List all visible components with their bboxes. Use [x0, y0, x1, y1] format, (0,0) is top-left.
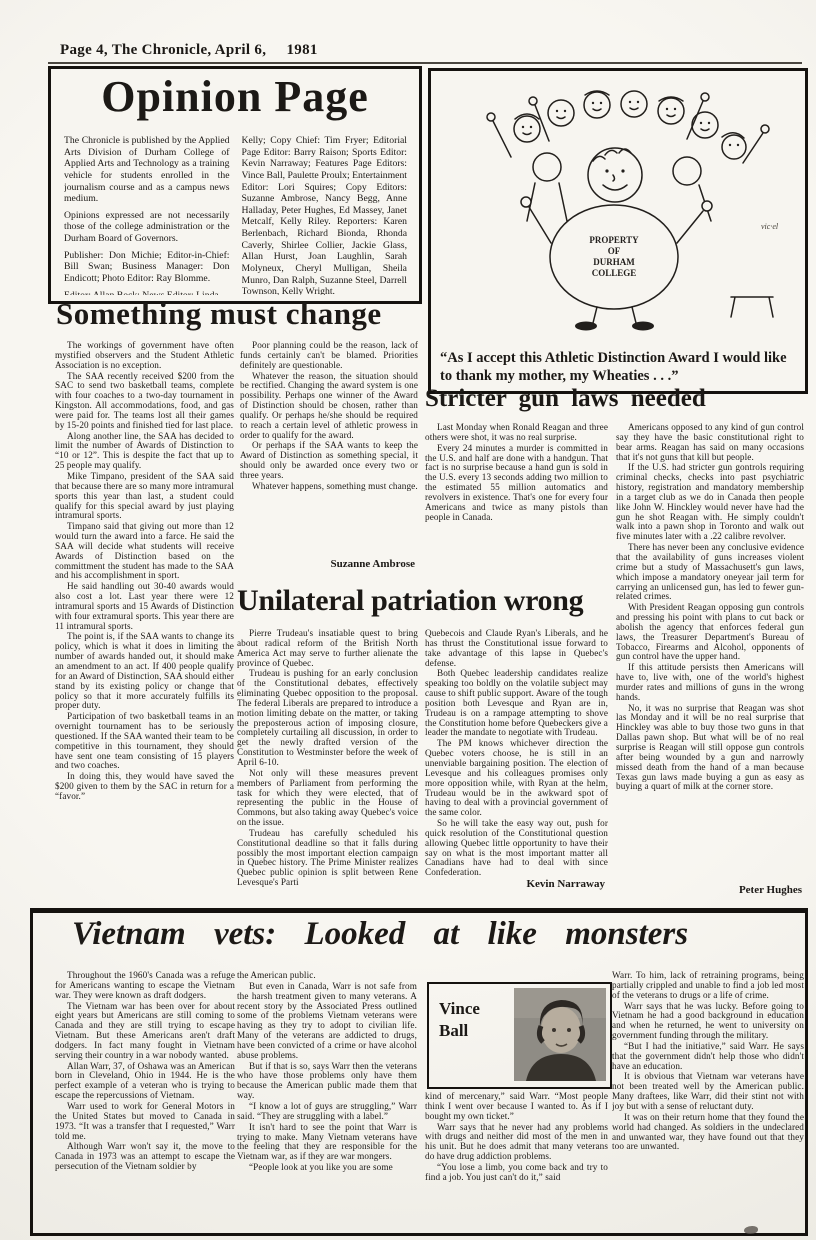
something-article-column-2: Poor planning could be the reason, lack …: [240, 341, 418, 553]
newspaper-page: Page 4, The Chronicle, April 6, 1981 Opi…: [0, 0, 816, 1240]
article-paragraph: Whatever the reason, the situation shoul…: [240, 372, 418, 441]
vietnam-article-column-1: Throughout the 1960's Canada was a refug…: [55, 971, 235, 1221]
article-paragraph: Warr used to work for General Motors in …: [55, 1102, 235, 1141]
article-paragraph: If this attitude persists then Americans…: [616, 663, 804, 702]
article-paragraph: “You lose a limb, you come back and try …: [425, 1163, 608, 1183]
article-paragraph: “People look at you like you are some: [237, 1163, 417, 1173]
vince-ball-name: Vince Ball: [429, 984, 501, 1087]
vietnam-article-column-4: Warr. To him, lack of retraining program…: [612, 971, 804, 1221]
article-paragraph: Participation of two basketball teams in…: [55, 712, 234, 771]
article-paragraph: Mike Timpano, president of the SAA said …: [55, 472, 234, 521]
article-paragraph: the American public.: [237, 971, 417, 981]
byline-suzanne-ambrose: Suzanne Ambrose: [240, 558, 415, 570]
article-paragraph: There has never been any conclusive evid…: [616, 543, 804, 602]
article-paragraph: The point is, if the SAA wants to change…: [55, 632, 234, 711]
opinion-masthead-box: Opinion Page The Chronicle is published …: [48, 66, 422, 304]
article-paragraph: Both Quebec leadership candidates realiz…: [425, 669, 608, 738]
vietnam-article-column-3: kind of mercenary,” said Warr. “Most peo…: [425, 1092, 608, 1219]
article-paragraph: kind of mercenary,” said Warr. “Most peo…: [425, 1092, 608, 1122]
article-paragraph: Trudeau has carefully scheduled his Cons…: [237, 829, 418, 888]
gun-article-column-2: Americans opposed to any kind of gun con…: [616, 423, 804, 879]
article-paragraph: With President Reagan opposing gun contr…: [616, 603, 804, 662]
headline-stricter-gun-laws: Stricter gun laws needed: [425, 385, 807, 413]
article-paragraph: “But I had the initiative,” said Warr. H…: [612, 1042, 804, 1072]
article-paragraph: The Chronicle is published by the Applie…: [64, 135, 230, 205]
article-paragraph: Editor: Allan Bock: News Editor: Linda: [64, 290, 230, 295]
article-paragraph: It was on their return home that they fo…: [612, 1113, 804, 1152]
article-paragraph: Publisher: Don Michie; Editor-in-Chief: …: [64, 250, 230, 285]
byline-kevin-narraway: Kevin Narraway: [425, 878, 605, 890]
athletic-award-cartoon-illustration: PROPERTY OF DURHAM COLLEGE vic·el: [431, 71, 799, 333]
article-paragraph: He said handling out 30-40 awards would …: [55, 582, 234, 631]
headline-something-must-change: Something must change: [56, 296, 420, 332]
article-paragraph: But even in Canada, Warr is not safe fro…: [237, 982, 417, 1061]
opinion-page-title: Opinion Page: [51, 71, 419, 122]
article-paragraph: The Vietnam war has been over for about …: [55, 1002, 235, 1061]
article-paragraph: The workings of government have often my…: [55, 341, 234, 371]
article-paragraph: Timpano said that giving out more than 1…: [55, 522, 234, 581]
cartoon-shirt-line: COLLEGE: [592, 268, 637, 278]
page-header: Page 4, The Chronicle, April 6, 1981: [60, 42, 318, 59]
gun-article-column-1: Last Monday when Ronald Reagan and three…: [425, 423, 608, 581]
cartoon-signature: vic·el: [761, 222, 779, 231]
cartoon-shirt-line: PROPERTY: [589, 235, 639, 245]
article-paragraph: Last Monday when Ronald Reagan and three…: [425, 423, 608, 443]
vietnam-article-column-2: the American public.But even in Canada, …: [237, 971, 417, 1221]
article-paragraph: Allan Warr, 37, of Oshawa was an America…: [55, 1062, 235, 1101]
article-paragraph: Throughout the 1960's Canada was a refug…: [55, 971, 235, 1001]
vince-ball-byline-box: Vince Ball: [427, 982, 612, 1089]
article-paragraph: Warr says that he was lucky. Before goin…: [612, 1002, 804, 1041]
article-paragraph: In doing this, they would have saved the…: [55, 772, 234, 802]
article-paragraph: Pierre Trudeau's insatiable quest to bri…: [237, 629, 418, 668]
article-paragraph: Whatever happens, something must change.: [240, 482, 418, 492]
article-paragraph: It is obvious that Vietnam war veterans …: [612, 1072, 804, 1111]
patriation-article-column-1: Pierre Trudeau's insatiable quest to bri…: [237, 629, 418, 905]
article-paragraph: Americans opposed to any kind of gun con…: [616, 423, 804, 462]
article-paragraph: The PM knows whichever direction the Que…: [425, 739, 608, 818]
article-paragraph: Not only will these measures prevent mem…: [237, 769, 418, 828]
masthead-column-2: Kelly; Copy Chief: Tim Fryer; Editorial …: [242, 135, 408, 295]
article-paragraph: Warr. To him, lack of retraining program…: [612, 971, 804, 1001]
article-paragraph: Warr says that he never had any problems…: [425, 1123, 608, 1162]
article-paragraph: Or perhaps if the SAA wants to keep the …: [240, 441, 418, 480]
cartoon-box: PROPERTY OF DURHAM COLLEGE vic·el “As I …: [428, 68, 808, 394]
vince-ball-photo: [514, 988, 606, 1081]
cartoon-shirt-line: OF: [608, 246, 621, 256]
byline-peter-hughes: Peter Hughes: [616, 884, 802, 896]
article-paragraph: Quebecois and Claude Ryan's Liberals, an…: [425, 629, 608, 668]
article-paragraph: Although Warr won't say it, the move to …: [55, 1142, 235, 1172]
headline-unilateral-patriation: Unilateral patriation wrong: [237, 584, 615, 618]
header-rule: [48, 62, 802, 64]
masthead-column-1: The Chronicle is published by the Applie…: [64, 135, 230, 295]
cartoon-caption: “As I accept this Athletic Distinction A…: [431, 347, 805, 389]
article-paragraph: Opinions expressed are not necessarily t…: [64, 210, 230, 245]
article-paragraph: No, it was no surprise that Reagan was s…: [616, 704, 804, 793]
article-paragraph: “I know a lot of guys are struggling,” W…: [237, 1102, 417, 1122]
article-paragraph: Poor planning could be the reason, lack …: [240, 341, 418, 371]
article-paragraph: So he will take the easy way out, push f…: [425, 819, 608, 875]
patriation-article-column-2: Quebecois and Claude Ryan's Liberals, an…: [425, 629, 608, 875]
masthead-columns: The Chronicle is published by the Applie…: [51, 127, 419, 301]
article-paragraph: Along another line, the SAA has decided …: [55, 432, 234, 471]
article-paragraph: If the U.S. had stricter gun gontrols re…: [616, 463, 804, 542]
article-paragraph: The SAA recently received $200 from the …: [55, 372, 234, 431]
article-paragraph: Trudeau is pushing for an early conclusi…: [237, 669, 418, 767]
article-paragraph: Kelly; Copy Chief: Tim Fryer; Editorial …: [242, 135, 408, 295]
something-article-column-1: The workings of government have often my…: [55, 341, 234, 903]
article-paragraph: But if that is so, says Warr then the ve…: [237, 1062, 417, 1101]
headline-vietnam-vets: Vietnam vets: Looked at like monsters: [72, 916, 772, 953]
article-paragraph: It isn't hard to see the point that Warr…: [237, 1123, 417, 1162]
article-paragraph: Every 24 minutes a murder is committed i…: [425, 444, 608, 523]
cartoon-shirt-line: DURHAM: [593, 257, 635, 267]
